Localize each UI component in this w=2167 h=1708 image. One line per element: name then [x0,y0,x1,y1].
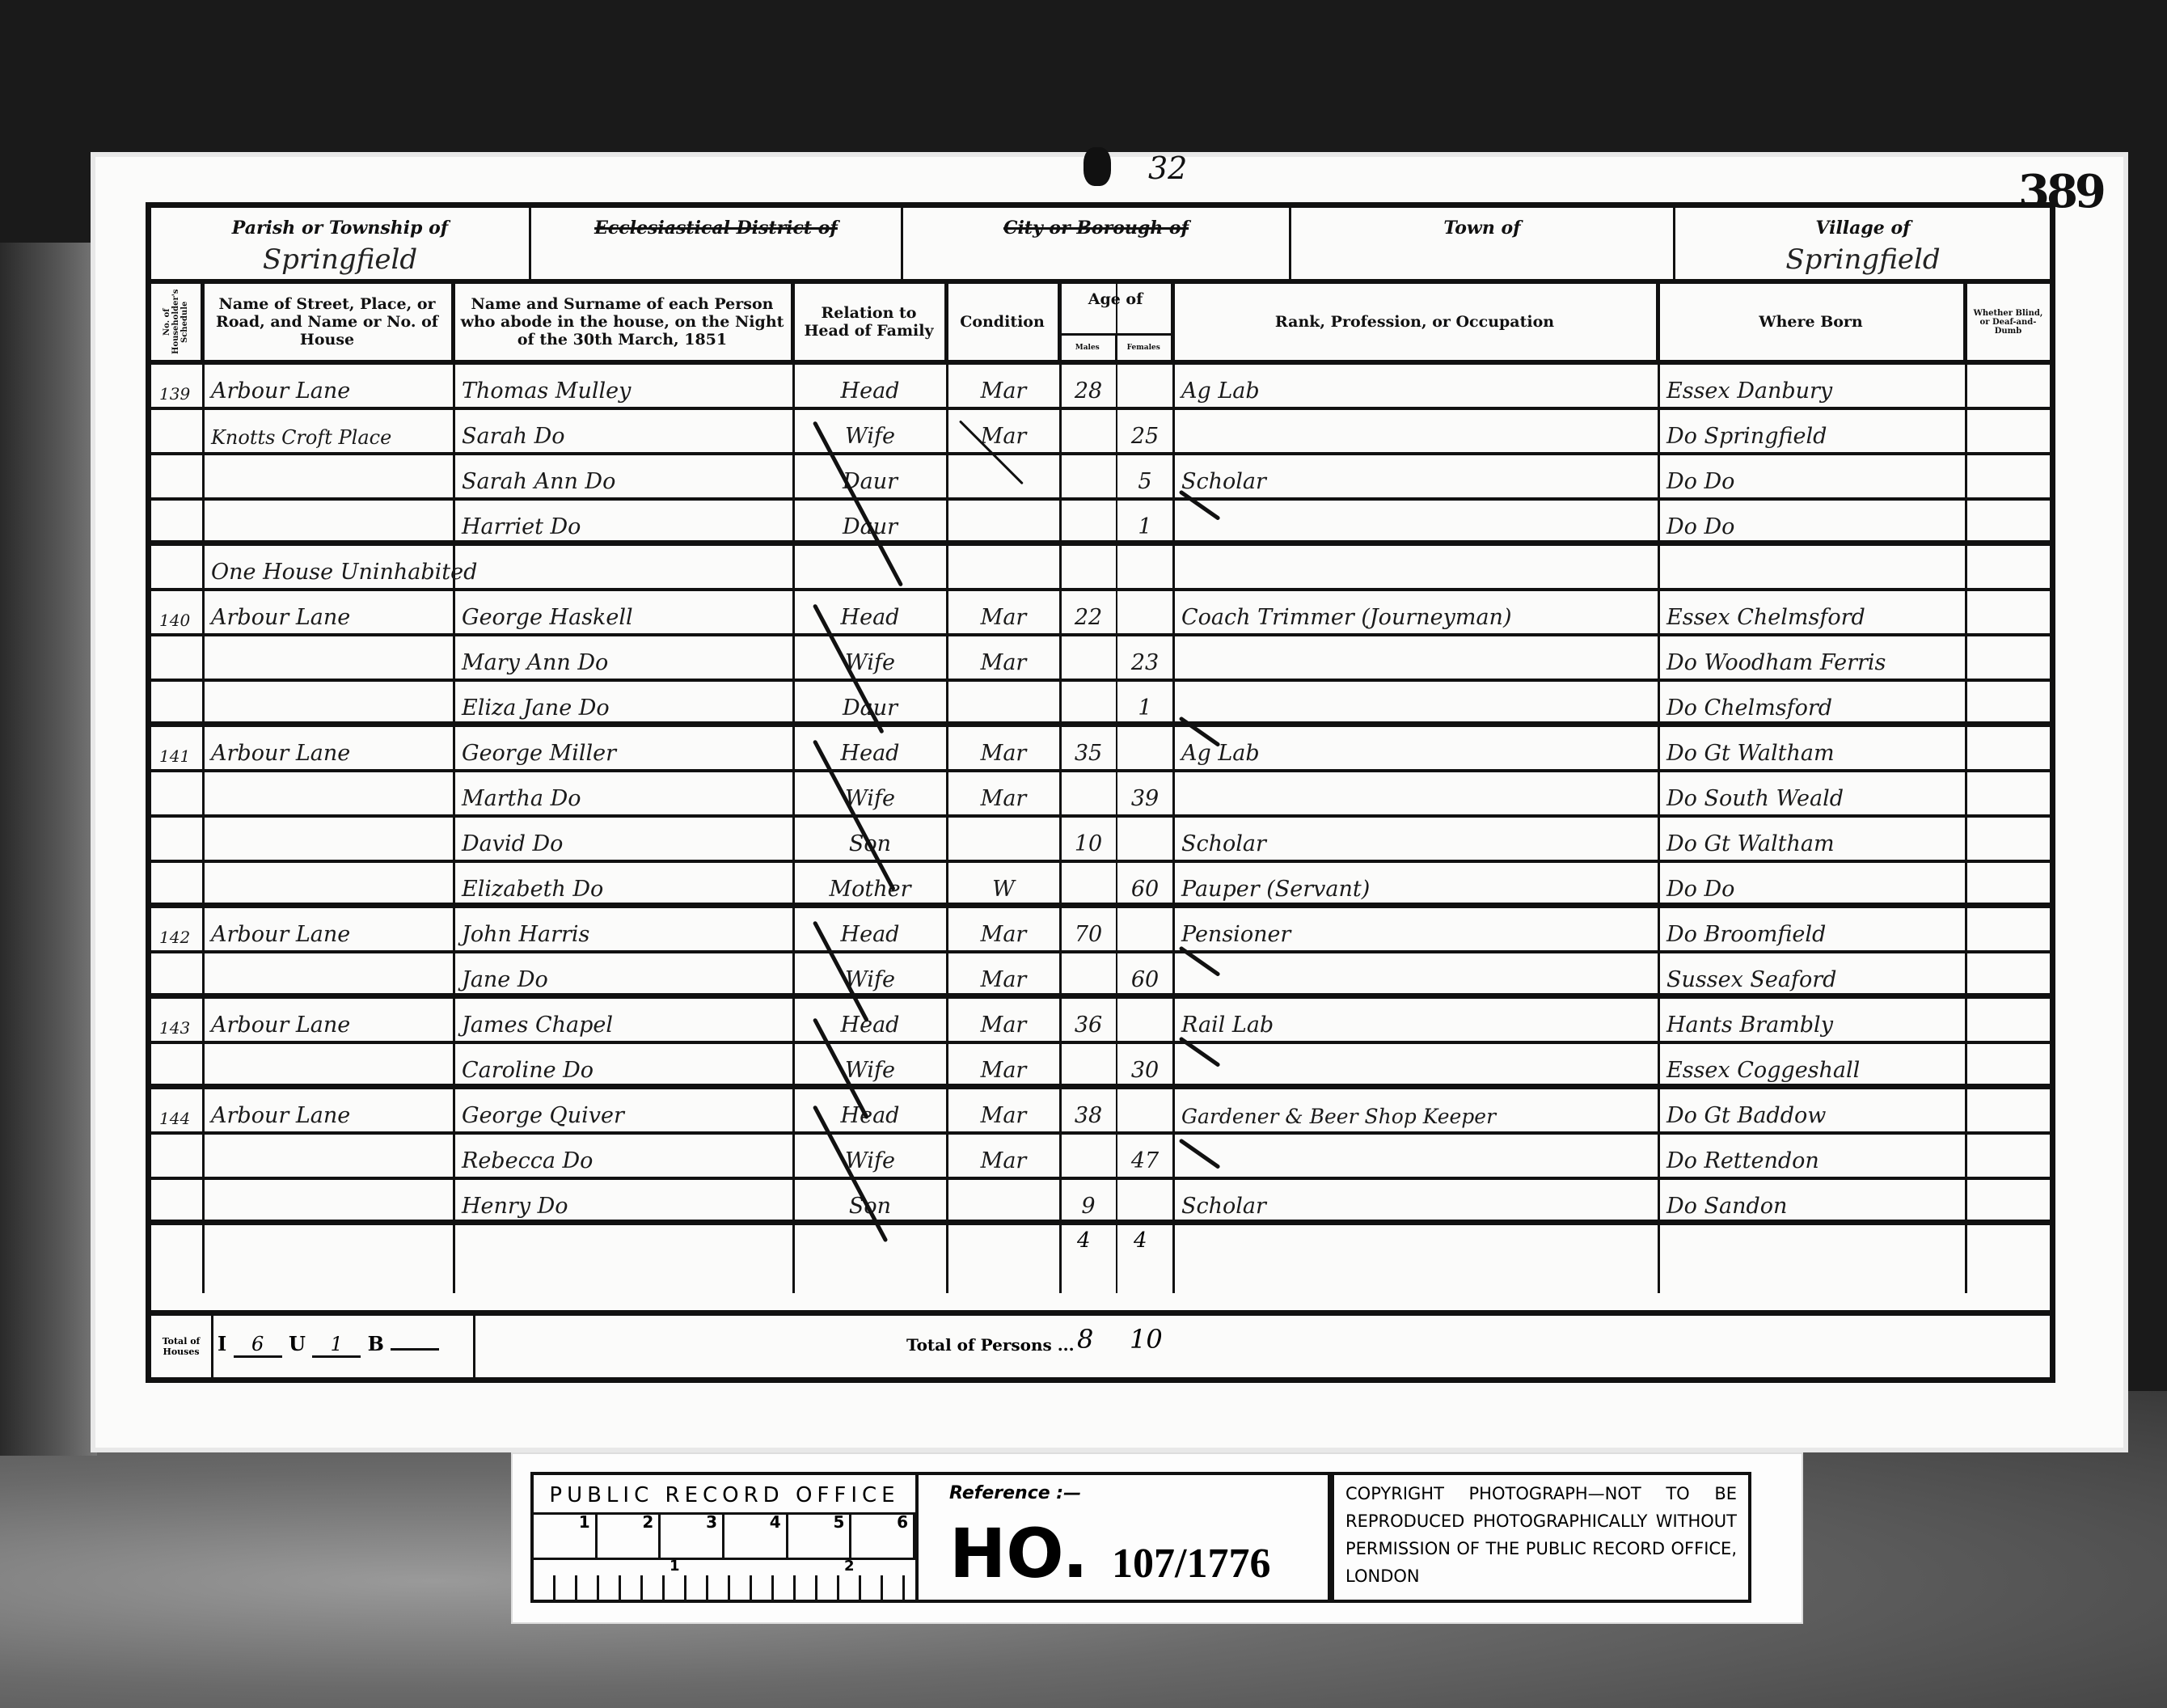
reference-series: HO. [949,1514,1088,1593]
cell-age-female: 1 [1117,682,1173,727]
col-age-females: Females [1117,336,1172,360]
cell-name: Caroline Do [454,1044,793,1089]
cell-where-born: Do Sandon [1658,1180,1966,1225]
col-age-males: Males [1060,336,1117,360]
cell-condition: Mar [947,1089,1060,1135]
cell-condition [947,501,1060,546]
cell-street: Arbour Lane [203,591,454,636]
cell-age-male: 36 [1060,999,1117,1044]
table-row: Sarah Ann Do Daur 5 Scholar Do Do [151,455,2050,501]
cell-street: Knotts Croft Place [203,410,454,455]
cell-name: Rebecca Do [454,1135,793,1180]
row-rule [151,540,2050,546]
cell-where-born: Do Do [1658,501,1966,546]
cell-age-female: 1 [1117,501,1173,546]
row-rule [151,1220,2050,1225]
cell-occupation: Pauper (Servant) [1173,863,1658,908]
table-row: Harriet Do Daur 1 Do Do [151,501,2050,546]
cell-condition: Mar [947,1135,1060,1180]
cell-age-female [1117,999,1173,1044]
header-ecclesiastical-label: Ecclesiastical District of [531,218,901,239]
cell-age-female [1117,365,1173,410]
table-row: 141 Arbour Lane George Miller Head Mar 3… [151,727,2050,772]
cell-age-female [1117,818,1173,863]
col-blind-deaf: Whether Blind, or Deaf-and-Dumb [1966,284,2051,365]
cell-schedule [151,501,203,546]
col-schedule-no: No. of Householder's Schedule [151,284,203,365]
cell-name: John Harris [454,908,793,953]
cell-where-born: Do Rettendon [1658,1135,1966,1180]
cell-occupation: Gardener & Beer Shop Keeper [1173,1089,1658,1135]
cell-uninhabited-note: One House Uninhabited [203,546,793,591]
cell-street [203,636,454,682]
cell-relation: Wife [793,772,947,818]
col-name: Name and Surname of each Person who abod… [454,284,793,365]
total-males: 8 [1077,1324,1093,1355]
table-row: David Do Son 10 Scholar Do Gt Waltham [151,818,2050,863]
cell-age-male [1060,455,1117,501]
pro-reference-label: PUBLIC RECORD OFFICE 1 2 3 4 5 6 1 2 Ref… [511,1452,1803,1624]
cell-street: Arbour Lane [203,1089,454,1135]
cell-condition: W [947,863,1060,908]
cell-age-female: 60 [1117,863,1173,908]
cell-street [203,682,454,727]
reference-number: 107/1776 [1112,1541,1270,1587]
cell-age-male: 38 [1060,1089,1117,1135]
cell-schedule [151,818,203,863]
cell-occupation [1173,636,1658,682]
cell-where-born: Do Chelmsford [1658,682,1966,727]
cell-name: James Chapel [454,999,793,1044]
cell-age-male: 9 [1060,1180,1117,1225]
cell-relation: Mother [793,863,947,908]
cell-occupation [1173,682,1658,727]
cell-occupation: Scholar [1173,818,1658,863]
cell-where-born: Essex Danbury [1658,365,1966,410]
cell-age-male [1060,863,1117,908]
cell-schedule: 143 [151,999,203,1044]
cell-where-born: Do South Weald [1658,772,1966,818]
cell-where-born: Do Gt Baddow [1658,1089,1966,1135]
cell-where-born: Do Springfield [1658,410,1966,455]
cell-age-female: 60 [1117,953,1173,999]
ruler-mark: 2 [844,1558,855,1575]
cell-name: George Miller [454,727,793,772]
table-row: 142 Arbour Lane John Harris Head Mar 70 … [151,908,2050,953]
ruler-mark: 5 [788,1512,852,1558]
header-city: City or Borough of [903,208,1291,279]
cell-street [203,1180,454,1225]
cell-occupation [1173,501,1658,546]
cell-age-male [1060,1044,1117,1089]
row-rule [151,903,2050,908]
table-row: Elizabeth Do Mother W 60 Pauper (Servant… [151,863,2050,908]
cell-schedule [151,1044,203,1089]
cell-age-female [1117,1089,1173,1135]
cell-name: George Haskell [454,591,793,636]
pro-title: PUBLIC RECORD OFFICE [534,1478,915,1515]
pro-ruler-box: PUBLIC RECORD OFFICE 1 2 3 4 5 6 1 2 [530,1472,919,1603]
cell-age-male: 35 [1060,727,1117,772]
cell-age-female: 47 [1117,1135,1173,1180]
ruler-mark: 3 [661,1512,724,1558]
cell-street [203,1135,454,1180]
cell-name: Mary Ann Do [454,636,793,682]
cell-condition: Mar [947,365,1060,410]
cell-where-born: Do Broomfield [1658,908,1966,953]
cell-name: Eliza Jane Do [454,682,793,727]
col-relation: Relation to Head of Family [793,284,947,365]
col-where-born: Where Born [1658,284,1966,365]
cell-name: Martha Do [454,772,793,818]
cell-street [203,455,454,501]
cell-condition: Mar [947,727,1060,772]
cell-where-born: Do Do [1658,863,1966,908]
header-ecclesiastical: Ecclesiastical District of [531,208,903,279]
table-row: Mary Ann Do Wife Mar 23 Do Woodham Ferri… [151,636,2050,682]
cell-occupation [1173,1135,1658,1180]
table-row: Henry Do Son 9 Scholar Do Sandon [151,1180,2050,1225]
table-row: Knotts Croft Place Sarah Do Wife Mar 25 … [151,410,2050,455]
scan-edge [0,243,97,1456]
cell-occupation [1173,410,1658,455]
cell-occupation: Scholar [1173,1180,1658,1225]
cell-street [203,818,454,863]
cell-schedule [151,636,203,682]
cell-occupation: Coach Trimmer (Journeyman) [1173,591,1658,636]
cell-schedule [151,682,203,727]
cell-name: Sarah Ann Do [454,455,793,501]
cell-schedule [151,1135,203,1180]
col-condition: Condition [947,284,1060,365]
cell-schedule [151,455,203,501]
reference-value: HO. 107/1776 [949,1517,1270,1600]
ruler-mark: 1 [670,1558,680,1575]
cell-condition: Mar [947,999,1060,1044]
cell-schedule [151,953,203,999]
cell-condition [947,1180,1060,1225]
copyright-notice: COPYRIGHT PHOTOGRAPH—NOT TO BE REPRODUCE… [1331,1472,1751,1603]
table-row: Jane Do Wife Mar 60 Sussex Seaford [151,953,2050,999]
cell-age-male [1060,1135,1117,1180]
cell-where-born: Do Woodham Ferris [1658,636,1966,682]
header-city-label: City or Borough of [903,218,1289,239]
row-rule [151,1084,2050,1089]
cell-condition: Mar [947,636,1060,682]
reference-label: Reference :— [949,1483,1081,1503]
cell-age-male [1060,953,1117,999]
cell-relation: Wife [793,953,947,999]
cell-relation: Wife [793,636,947,682]
ruler-mark: 2 [598,1512,661,1558]
table-row: Caroline Do Wife Mar 30 Essex Coggeshall [151,1044,2050,1089]
table-row: 143 Arbour Lane James Chapel Head Mar 36… [151,999,2050,1044]
inhabited-letter: I [218,1332,226,1355]
cell-relation: Son [793,1180,947,1225]
cell-age-male [1060,772,1117,818]
row-rule [151,721,2050,727]
cell-street: Arbour Lane [203,365,454,410]
col-occupation: Rank, Profession, or Occupation [1173,284,1658,365]
page-number: 32 [1148,150,1187,186]
table-row: 144 Arbour Lane George Quiver Head Mar 3… [151,1089,2050,1135]
cell-age-female [1117,908,1173,953]
cell-age-male [1060,410,1117,455]
ruler-ticks: 1 2 [534,1558,915,1600]
header-village-label: Village of [1675,218,2051,239]
cell-name: Thomas Mulley [454,365,793,410]
total-houses-label: Total of Houses [151,1316,213,1377]
cell-schedule [151,863,203,908]
cell-name: David Do [454,818,793,863]
cell-name: Sarah Do [454,410,793,455]
cell-where-born: Essex Chelmsford [1658,591,1966,636]
ink-blot [1083,147,1111,186]
col-street: Name of Street, Place, or Road, and Name… [203,284,454,365]
header-village-value: Springfield [1675,243,2051,276]
cell-occupation: Ag Lab [1173,365,1658,410]
subtotal-males: 4 [1077,1228,1091,1253]
cell-condition [947,818,1060,863]
header-village: Village of Springfield [1675,208,2051,279]
cell-age-male [1060,682,1117,727]
cell-age-female: 23 [1117,636,1173,682]
cell-where-born: Do Gt Waltham [1658,727,1966,772]
table-row: Martha Do Wife Mar 39 Do South Weald [151,772,2050,818]
row-rule [151,993,2050,999]
cell-relation: Head [793,365,947,410]
cell-schedule: 142 [151,908,203,953]
cell-street: Arbour Lane [203,908,454,953]
cell-where-born: Do Do [1658,455,1966,501]
cell-occupation: Ag Lab [1173,727,1658,772]
total-persons-label: Total of Persons ... [906,1335,1075,1355]
table-row: Eliza Jane Do Daur 1 Do Chelmsford [151,682,2050,727]
cell-name: Jane Do [454,953,793,999]
building-count [391,1348,439,1351]
cell-street [203,1044,454,1089]
cell-condition: Mar [947,1044,1060,1089]
ruler-mark: 1 [534,1512,598,1558]
cell-occupation [1173,1044,1658,1089]
cell-age-male [1060,636,1117,682]
cell-schedule [151,1180,203,1225]
header-town-label: Town of [1291,218,1673,239]
cell-age-male: 10 [1060,818,1117,863]
cell-age-male: 70 [1060,908,1117,953]
cell-condition: Mar [947,410,1060,455]
cell-where-born: Do Gt Waltham [1658,818,1966,863]
cell-relation: Wife [793,1044,947,1089]
totals-row: Total of Houses I 6 U 1 B Total of Perso… [151,1310,2050,1377]
cell-street [203,772,454,818]
header-town: Town of [1291,208,1675,279]
header-parish-label: Parish or Township of [151,218,529,239]
uninhabited-count: 1 [312,1333,361,1358]
cell-age-female: 5 [1117,455,1173,501]
table-row: Rebecca Do Wife Mar 47 Do Rettendon [151,1135,2050,1180]
cell-age-female [1117,591,1173,636]
table-row: One House Uninhabited [151,546,2050,591]
ruler-mark: 4 [724,1512,788,1558]
cell-condition: Mar [947,772,1060,818]
cell-occupation: Pensioner [1173,908,1658,953]
cell-age-male: 28 [1060,365,1117,410]
header-parish: Parish or Township of Springfield [151,208,531,279]
cell-condition [947,682,1060,727]
ruler-inches: 1 2 3 4 5 6 [534,1512,915,1560]
total-females: 10 [1130,1324,1163,1355]
cell-where-born: Hants Brambly [1658,999,1966,1044]
subtotal-females: 4 [1134,1228,1147,1253]
cell-schedule: 144 [151,1089,203,1135]
cell-relation: Wife [793,1135,947,1180]
census-schedule: Parish or Township of Springfield Eccles… [146,202,2055,1383]
cell-street [203,863,454,908]
cell-condition: Mar [947,908,1060,953]
cell-age-female: 30 [1117,1044,1173,1089]
cell-age-female: 39 [1117,772,1173,818]
header-fields: Parish or Township of Springfield Eccles… [151,208,2050,284]
cell-street [203,953,454,999]
cell-street [203,501,454,546]
cell-schedule [151,410,203,455]
totals-divider [473,1316,475,1377]
cell-schedule: 139 [151,365,203,410]
cell-name: Harriet Do [454,501,793,546]
house-counts: I 6 U 1 B [218,1332,439,1358]
cell-occupation [1173,772,1658,818]
cell-where-born: Sussex Seaford [1658,953,1966,999]
table-row: 139 Arbour Lane Thomas Mulley Head Mar 2… [151,365,2050,410]
cell-relation: Daur [793,455,947,501]
cell-occupation [1173,953,1658,999]
cell-name: George Quiver [454,1089,793,1135]
cell-occupation: Scholar [1173,455,1658,501]
cell-schedule: 140 [151,591,203,636]
cell-age-male: 22 [1060,591,1117,636]
uninhabited-letter: U [289,1332,306,1355]
cell-relation: Wife [793,410,947,455]
cell-occupation: Rail Lab [1173,999,1658,1044]
cell-schedule [151,772,203,818]
cell-street: Arbour Lane [203,999,454,1044]
cell-name: Elizabeth Do [454,863,793,908]
inhabited-count: 6 [234,1333,282,1358]
header-parish-value: Springfield [151,243,529,276]
building-letter: B [368,1332,384,1355]
ruler-mark: 6 [851,1512,915,1558]
cell-age-female: 25 [1117,410,1173,455]
cell-age-male [1060,501,1117,546]
cell-condition: Mar [947,591,1060,636]
cell-age-female [1117,727,1173,772]
cell-where-born: Essex Coggeshall [1658,1044,1966,1089]
cell-condition: Mar [947,953,1060,999]
cell-age-female [1117,1180,1173,1225]
table-row: 140 Arbour Lane George Haskell Head Mar … [151,591,2050,636]
cell-name: Henry Do [454,1180,793,1225]
cell-street: Arbour Lane [203,727,454,772]
cell-schedule: 141 [151,727,203,772]
